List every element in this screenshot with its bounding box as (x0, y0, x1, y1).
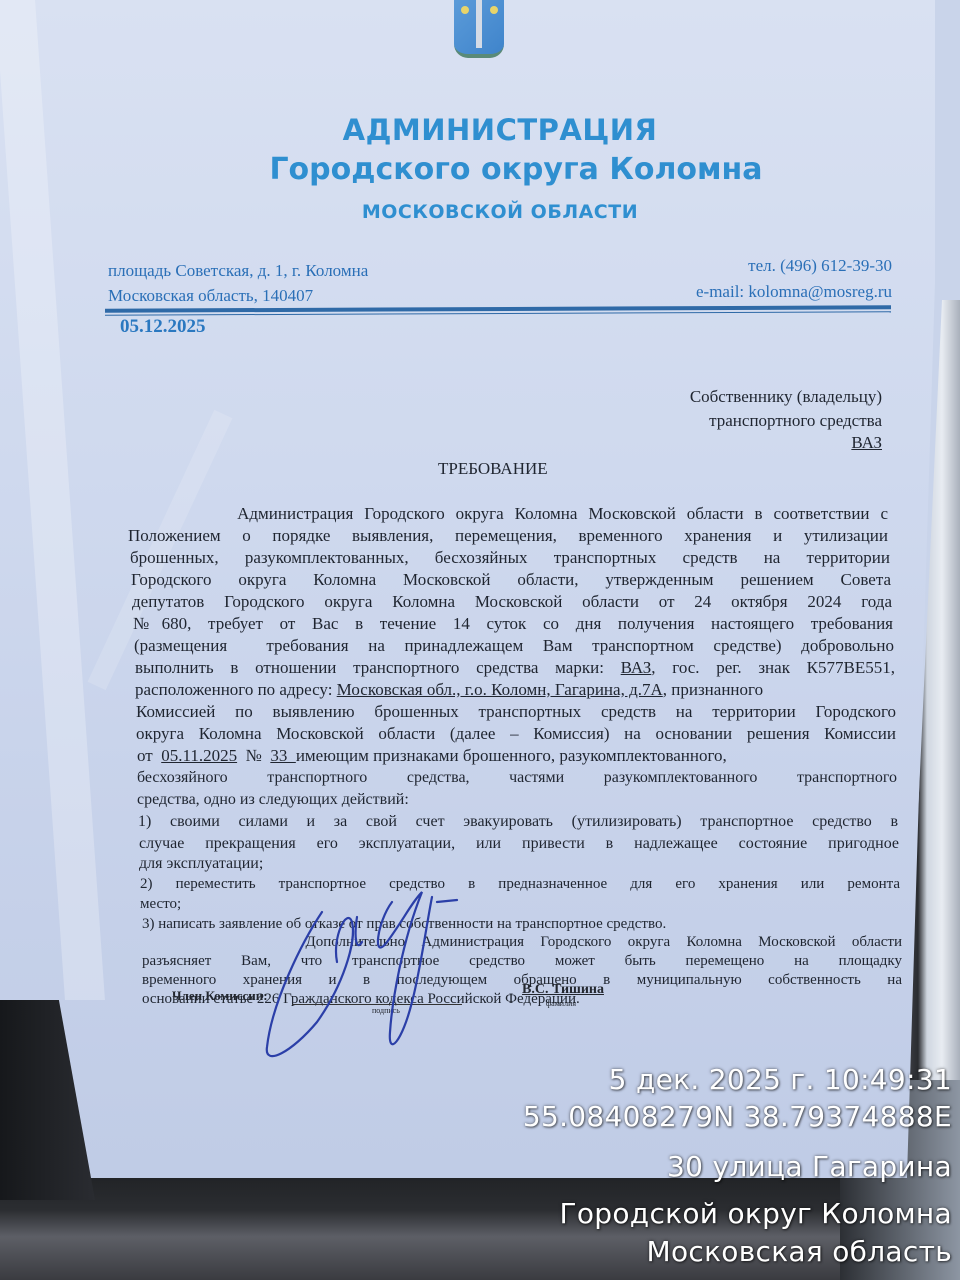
body-line: бесхозяйного транспортного средства, час… (137, 767, 897, 789)
address-prefix: расположенного по адресу: (135, 680, 337, 699)
letterhead-region: МОСКОВСКОЙ ОБЛАСТИ (20, 201, 960, 223)
decision-number-label: № (237, 746, 270, 765)
addressee-line: Собственнику (владельцу) (690, 387, 882, 407)
body-line: Городского округа Коломна Московской обл… (131, 569, 891, 591)
body-line: округа Коломна Московской области (далее… (136, 723, 896, 745)
handwritten-signature-icon (262, 882, 462, 1072)
body-line: разъясняет Вам, что транспортное средств… (142, 952, 902, 971)
body-line-address: расположенного по адресу: Московская обл… (135, 679, 895, 701)
decision-suffix: имеющим признаками брошенного, разукомпл… (296, 746, 727, 765)
list-item: 1) своими силами и за свой счет эвакуиро… (138, 811, 898, 833)
document-title: ТРЕБОВАНИЕ (438, 459, 548, 479)
signer-name: В.С. Тишина (522, 982, 604, 998)
office-phone: тел. (496) 612-39-30 (748, 256, 892, 276)
letterhead-subtitle: Городского округа Коломна (36, 152, 960, 187)
list-item: для эксплуатации; (139, 855, 899, 873)
body-line: Положением о порядке выявления, перемеще… (128, 525, 888, 547)
vehicle-plate: , гос. рег. знак К577ВЕ551, (651, 658, 895, 677)
office-email: e-mail: kolomna@mosreg.ru (696, 282, 892, 302)
addressee-vehicle-make: ВАЗ (851, 433, 882, 453)
vehicle-make: ВАЗ (621, 658, 652, 677)
name-caption: фамилия (546, 999, 576, 1008)
body-line-vehicle: выполнить в отношении транспортного сред… (135, 657, 895, 679)
body-line: депутатов Городского округа Коломна Моск… (132, 591, 892, 613)
decision-date: 05.11.2025 (161, 746, 237, 765)
body-line-decision: от 05.11.2025 № 33 имеющим признаками бр… (137, 745, 897, 767)
photo-region: Московская область (647, 1235, 953, 1268)
body-line: Администрация Городского округа Коломна … (128, 503, 888, 525)
photo-coordinates: 55.08408279N 38.79374888E (523, 1100, 952, 1133)
column-icon (476, 0, 482, 48)
vehicle-prefix: выполнить в отношении транспортного сред… (135, 658, 621, 677)
photo-street: 30 улица Гагарина (667, 1150, 952, 1183)
decision-prefix: от (137, 746, 161, 765)
letterhead-title: АДМИНИСТРАЦИЯ (20, 113, 960, 147)
vehicle-location: Московская обл., г.о. Коломн, Гагарина, … (337, 680, 663, 699)
office-region-zip: Московская область, 140407 (108, 286, 313, 306)
decision-number: 33 (270, 746, 296, 765)
photo-datetime: 5 дек. 2025 г. 10:49:31 (609, 1063, 952, 1096)
body-line: Дополнительно Администрация Городского о… (142, 933, 902, 952)
document-body: Администрация Городского округа Коломна … (128, 503, 888, 1009)
body-line: брошенных, разукомплектованных, бесхозяй… (130, 547, 890, 569)
sun-icon (490, 6, 498, 14)
photo-district: Городской округ Коломна (559, 1197, 952, 1230)
body-line: (размещения требования на принадлежащем … (134, 635, 894, 657)
office-address: площадь Советская, д. 1, г. Коломна (108, 261, 368, 281)
list-item: 3) написать заявление об отказе от прав … (142, 913, 902, 933)
addressee-line: транспортного средства (709, 411, 882, 431)
list-item: место; (140, 895, 900, 913)
body-line: №680, требует от Вас в течение 14 суток … (133, 613, 893, 635)
body-line: Комиссией по выявлению брошенных транспо… (136, 701, 896, 723)
document-date: 05.12.2025 (120, 316, 206, 338)
list-item: случае прекращения его эксплуатации, или… (139, 833, 899, 855)
commission-member-label: Член Комиссии: (172, 988, 268, 1004)
coat-of-arms-icon (454, 0, 504, 58)
list-item: 2) переместить транспортное средство в п… (140, 873, 900, 895)
sun-icon (461, 6, 469, 14)
address-suffix: , признанного (663, 680, 763, 699)
body-line: средства, одно из следующих действий: (137, 789, 897, 811)
